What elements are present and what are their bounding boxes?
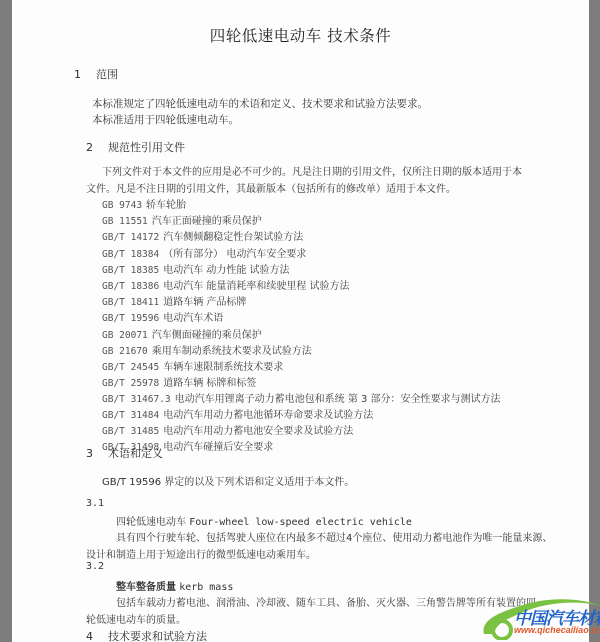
term-heading: 整车整备质量 kerb mass [116, 578, 233, 593]
reference-item: GB/T 18411道路车辆 产品标牌 [102, 293, 246, 308]
section-title: 技术要求和试验方法 [108, 630, 207, 642]
reference-item: GB/T 25978道路车辆 标牌和标签 [102, 374, 256, 389]
reference-item: GB/T 19596电动汽车术语 [102, 309, 223, 324]
section-3-heading: 3术语和定义 [86, 445, 163, 461]
paragraph: 下列文件对于本文件的应用是必不可少的。凡是注日期的引用文件，仅所注日期的版本适用… [102, 163, 522, 178]
section-number: 1 [74, 68, 96, 81]
reference-item: GB/T 24545车辆车速限制系统技术要求 [102, 358, 283, 373]
document-title: 四轮低速电动车 技术条件 [12, 24, 589, 46]
section-number: 4 [86, 630, 108, 642]
term-definition: 轮低速电动车的质量。 [86, 611, 186, 626]
paragraph: GB/T 19596 界定的以及下列术语和定义适用于本文件。 [102, 473, 354, 488]
term-definition: 包括车载动力蓄电池、润滑油、冷却液、随车工具、备胎、灭火器、三角警告牌等所有装置… [116, 594, 536, 609]
reference-item: GB 11551汽车正面碰撞的乘员保护 [102, 212, 262, 227]
paragraph: 文件。凡是不注日期的引用文件，其最新版本（包括所有的修改单）适用于本文件。 [86, 180, 456, 195]
section-title: 范围 [96, 68, 118, 81]
reference-item: GB/T 31484电动汽车用动力蓄电池循环寿命要求及试验方法 [102, 406, 373, 421]
reference-item: GB 21670乘用车制动系统技术要求及试验方法 [102, 342, 312, 357]
term-definition: 设计和制造上用于短途出行的微型低速电动乘用车。 [86, 546, 316, 561]
watermark-url: www.qichecailiao.com [514, 625, 600, 635]
reference-item: GB/T 31485电动汽车用动力蓄电池安全要求及试验方法 [102, 422, 353, 437]
reference-item: GB/T 18384（所有部分） 电动汽车安全要求 [102, 245, 306, 260]
paragraph: 本标准适用于四轮低速电动车。 [92, 112, 239, 127]
reference-item: GB/T 14172汽车侧倾翻稳定性台架试验方法 [102, 228, 303, 243]
term-definition: 具有四个行驶车轮、包括驾驶人座位在内最多不超过4个座位、使用动力蓄电池作为唯一能… [116, 529, 552, 544]
term-number: 3.1 [86, 498, 104, 509]
paragraph: 本标准规定了四轮低速电动车的术语和定义、技术要求和试验方法要求。 [92, 96, 428, 111]
reference-item: GB/T 31467.3电动汽车用锂离子动力蓄电池包和系统 第 3 部分：安全性… [102, 390, 501, 405]
reference-item: GB/T 18386电动汽车 能量消耗率和续驶里程 试验方法 [102, 277, 350, 292]
watermark-logo: 中国汽车材料网 www.qichecailiao.com [480, 594, 600, 640]
section-2-heading: 2规范性引用文件 [86, 139, 185, 155]
term-cn: 四轮低速电动车 [116, 517, 186, 528]
term-heading: 四轮低速电动车 Four-wheel low-speed electric ve… [116, 513, 412, 528]
section-title: 术语和定义 [108, 447, 163, 460]
reference-item: GB 20071汽车侧面碰撞的乘员保护 [102, 326, 262, 341]
term-number: 3.2 [86, 561, 104, 572]
section-title: 规范性引用文件 [108, 141, 185, 154]
section-4-heading: 4技术要求和试验方法 [86, 628, 207, 642]
section-number: 2 [86, 141, 108, 154]
section-number: 3 [86, 447, 108, 460]
term-cn: 整车整备质量 [116, 582, 176, 593]
document-page: 四轮低速电动车 技术条件 1范围 本标准规定了四轮低速电动车的术语和定义、技术要… [12, 0, 589, 642]
term-en: Four-wheel low-speed electric vehicle [189, 517, 412, 528]
reference-item: GB 9743轿车轮胎 [102, 196, 186, 211]
term-en: kerb mass [179, 582, 233, 593]
section-1-heading: 1范围 [74, 66, 118, 82]
reference-item: GB/T 18385电动汽车 动力性能 试验方法 [102, 261, 290, 276]
